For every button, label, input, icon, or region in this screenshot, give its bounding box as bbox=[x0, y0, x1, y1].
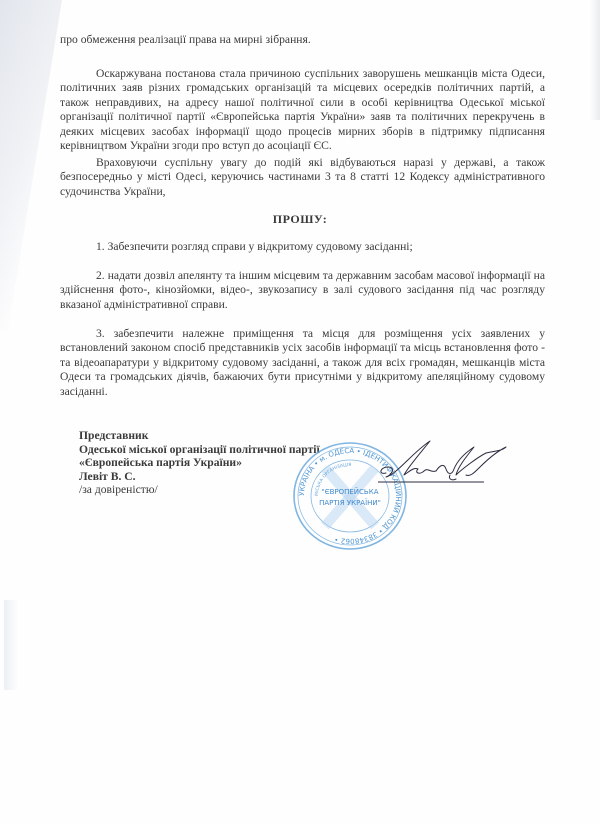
paragraph-legal-basis: Враховуючи суспільну увагу до подій які … bbox=[60, 156, 545, 199]
signer-authority-note: /за довіреністю/ bbox=[79, 483, 320, 497]
page-edge-shadow bbox=[4, 600, 18, 690]
stamp-center-line: ПАРТІЯ УКРАЇНИ" bbox=[319, 498, 381, 507]
signer-party: «Європейська партія України» bbox=[79, 456, 320, 470]
signer-organization: Одеської міської організації політичної … bbox=[79, 443, 320, 457]
handwritten-signature bbox=[370, 433, 510, 493]
request-item: 1. Забезпечити розгляд справи у відкрито… bbox=[60, 240, 545, 254]
paragraph-continuation: про обмеження реалізації права на мирні … bbox=[60, 33, 545, 47]
document-page: про обмеження реалізації права на мирні … bbox=[0, 0, 600, 824]
signer-role: Представник bbox=[79, 429, 320, 443]
request-heading: ПРОШУ: bbox=[0, 212, 600, 226]
signature-block: Представник Одеської міської організації… bbox=[79, 429, 320, 497]
signer-name: Левіт В. С. bbox=[79, 470, 320, 484]
request-item: 3. забезпечити належне приміщення та міс… bbox=[60, 327, 545, 399]
paragraph-appeal-reason: Оскаржувана постанова стала причиною сус… bbox=[60, 67, 545, 153]
request-item: 2. надати дозвіл апелянту та іншим місце… bbox=[60, 269, 545, 312]
page-edge-shadow bbox=[590, 0, 600, 120]
